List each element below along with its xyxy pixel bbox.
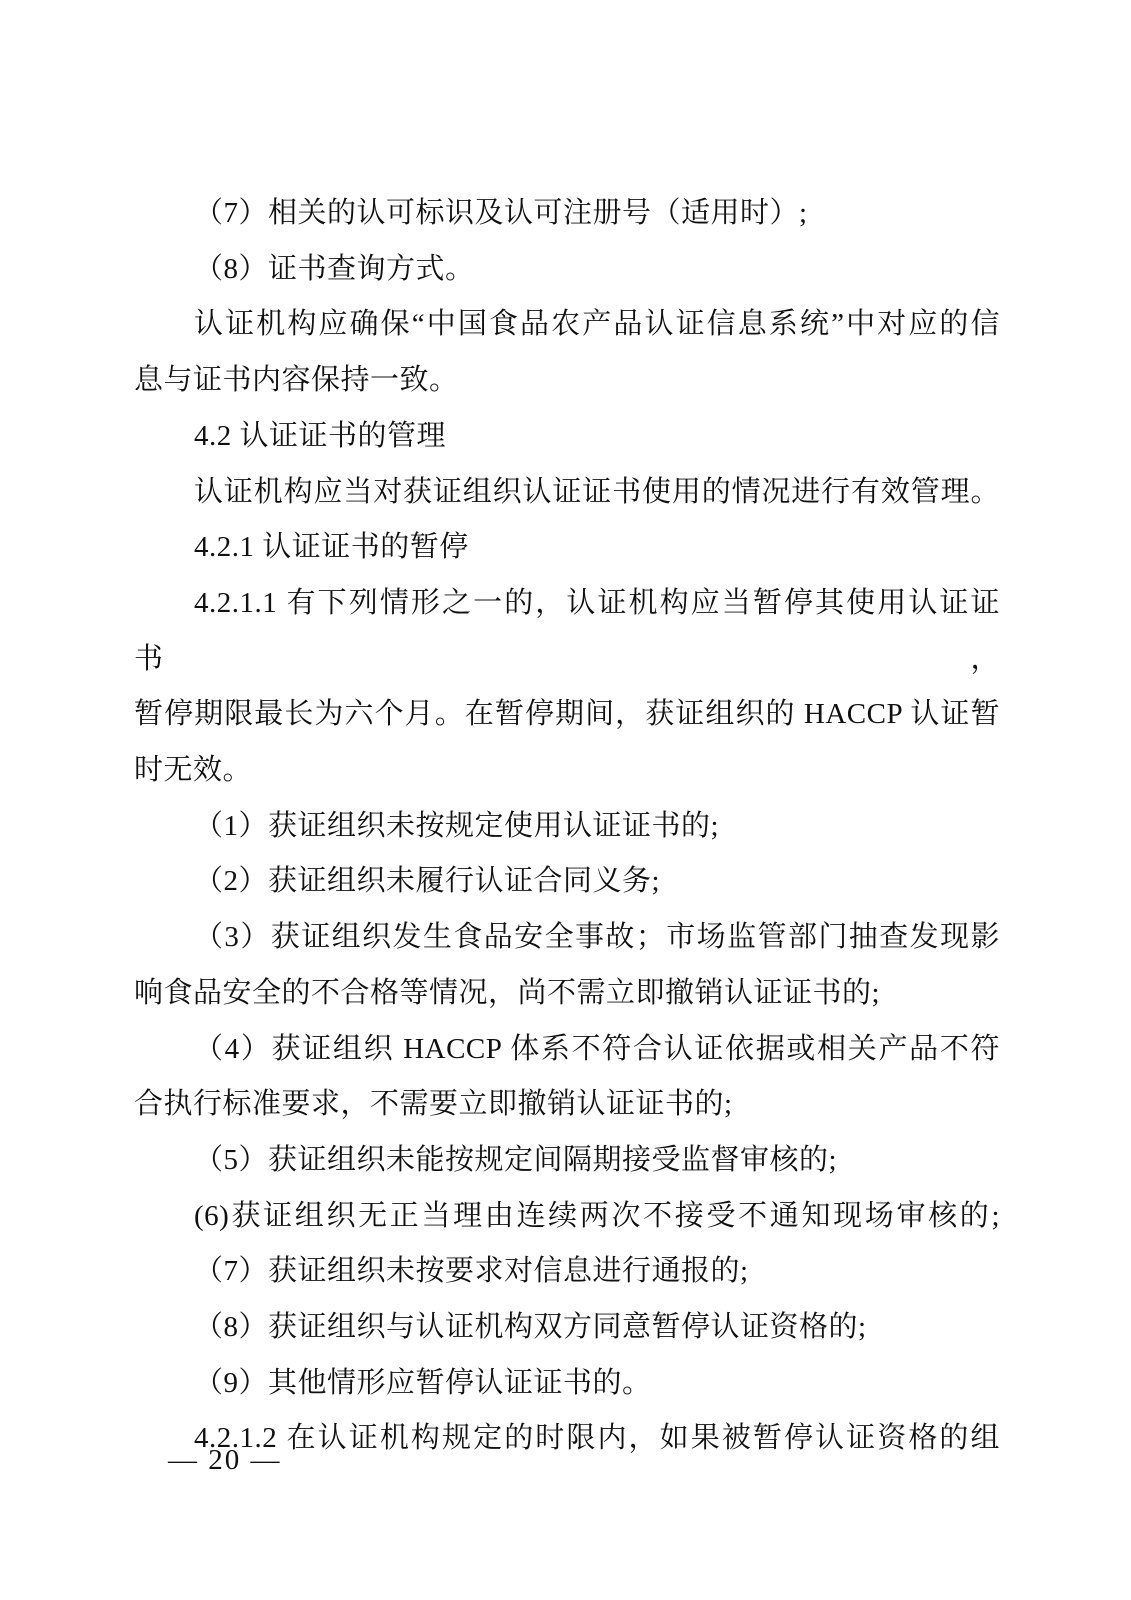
list-item-7b: （7）获证组织未按要求对信息进行通报的; (134, 1244, 1000, 1300)
section-heading-4-2-1: 4.2.1 认证证书的暂停 (134, 520, 1000, 576)
paragraph-line: 时无效。 (134, 743, 1000, 799)
list-item-5: （5）获证组织未能按规定间隔期接受监督审核的; (134, 1133, 1000, 1189)
paragraph-line: 暂停期限最长为六个月。在暂停期间，获证组织的 HACCP 认证暂 (134, 687, 1000, 743)
list-item-8: （8）证书查询方式。 (134, 242, 1000, 298)
page-footer: — 20 — (168, 1444, 282, 1477)
list-item-6: (6)获证组织无正当理由连续两次不接受不通知现场审核的; (134, 1189, 1000, 1245)
list-item-3: （3）获证组织发生食品安全事故；市场监管部门抽查发现影 (134, 910, 1000, 966)
list-item-8b: （8）获证组织与认证机构双方同意暂停认证资格的; (134, 1300, 1000, 1356)
section-heading-4-2: 4.2 认证证书的管理 (134, 409, 1000, 465)
list-item-7: （7）相关的认可标识及认可注册号（适用时）; (134, 186, 1000, 242)
document-page: （7）相关的认可标识及认可注册号（适用时）;（8）证书查询方式。认证机构应确保“… (0, 0, 1131, 1600)
list-item-9: （9）其他情形应暂停认证证书的。 (134, 1356, 1000, 1412)
list-item-2: （2）获证组织未履行认证合同义务; (134, 854, 1000, 910)
list-item-4-cont: 合执行标准要求，不需要立即撤销认证证书的; (134, 1077, 1000, 1133)
paragraph-line: 认证机构应确保“中国食品农产品认证信息系统”中对应的信 (134, 297, 1000, 353)
clause-4-2-1-1-line: 4.2.1.1 有下列情形之一的，认证机构应当暂停其使用认证证书， (134, 576, 1000, 687)
paragraph-line: 息与证书内容保持一致。 (134, 353, 1000, 409)
list-item-4: （4）获证组织 HACCP 体系不符合认证依据或相关产品不符 (134, 1022, 1000, 1078)
paragraph-line: 认证机构应当对获证组织认证证书使用的情况进行有效管理。 (134, 465, 1000, 521)
list-item-3-cont: 响食品安全的不合格等情况，尚不需立即撤销认证证书的; (134, 966, 1000, 1022)
list-item-1: （1）获证组织未按规定使用认证证书的; (134, 799, 1000, 855)
document-body: （7）相关的认可标识及认可注册号（适用时）;（8）证书查询方式。认证机构应确保“… (134, 186, 1000, 1467)
page-number: — 20 — (168, 1444, 282, 1476)
